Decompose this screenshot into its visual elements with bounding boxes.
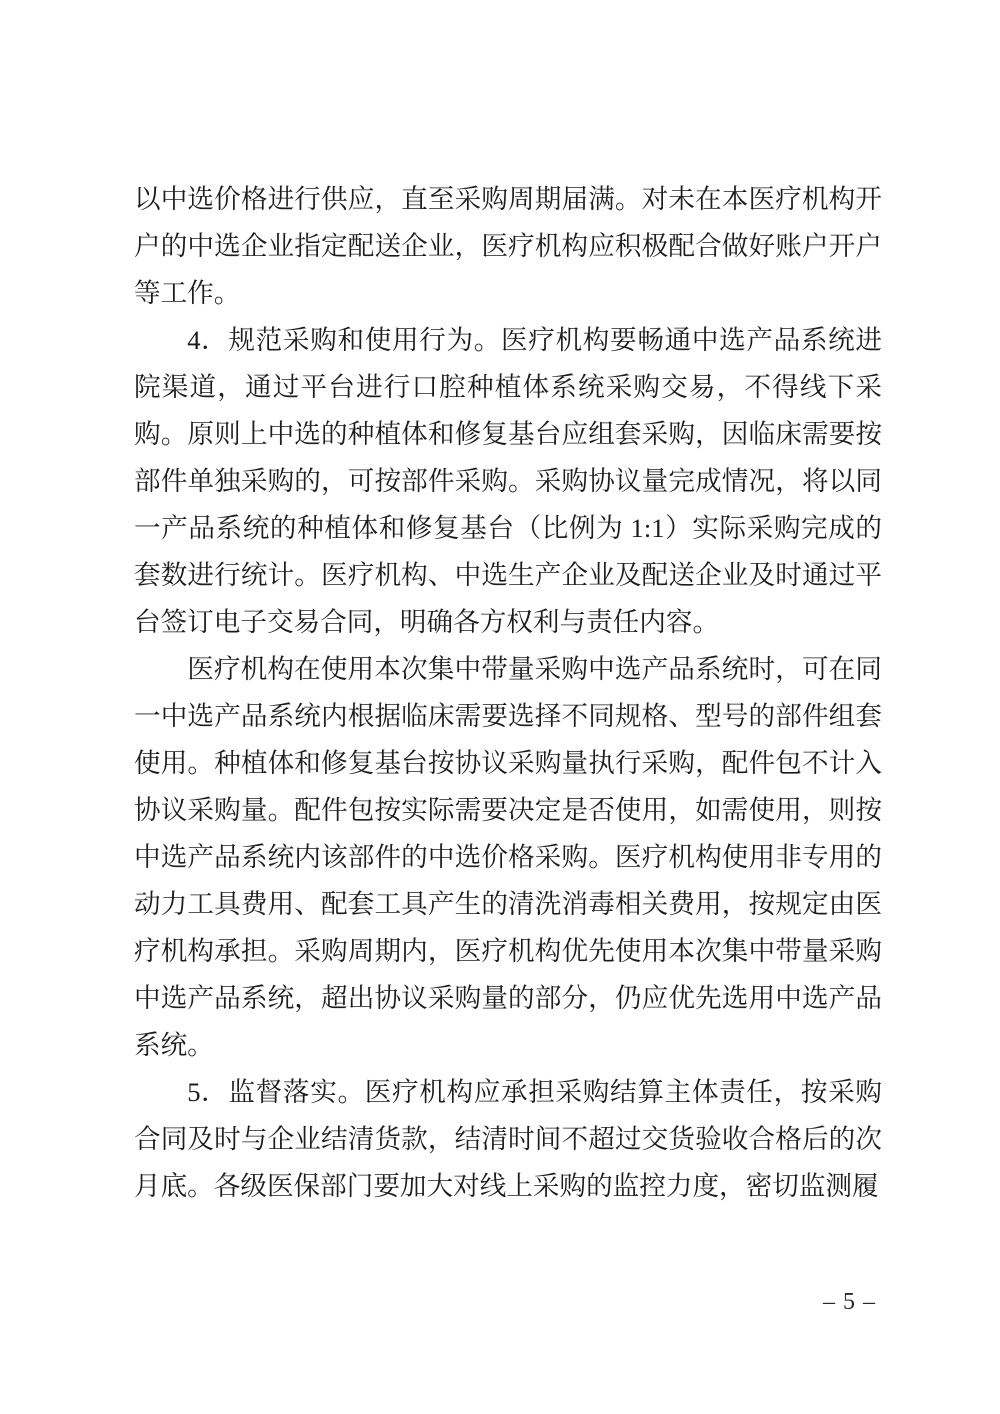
paragraph-item-5: 5．监督落实。医疗机构应承担采购结算主体责任，按采购合同及时与企业结清货款，结清… <box>134 1069 882 1210</box>
document-body: 以中选价格进行供应，直至采购周期届满。对未在本医疗机构开户的中选企业指定配送企业… <box>134 176 882 1210</box>
paragraph-usage-rules: 医疗机构在使用本次集中带量采购中选产品系统时，可在同一中选产品系统内根据临床需要… <box>134 646 882 1069</box>
paragraph-item-4: 4．规范采购和使用行为。医疗机构要畅通中选产品系统进院渠道，通过平台进行口腔种植… <box>134 317 882 646</box>
paragraph-continuation: 以中选价格进行供应，直至采购周期届满。对未在本医疗机构开户的中选企业指定配送企业… <box>134 176 882 317</box>
page-number: – 5 – <box>823 1286 876 1318</box>
document-page: 以中选价格进行供应，直至采购周期届满。对未在本医疗机构开户的中选企业指定配送企业… <box>0 0 1000 1414</box>
